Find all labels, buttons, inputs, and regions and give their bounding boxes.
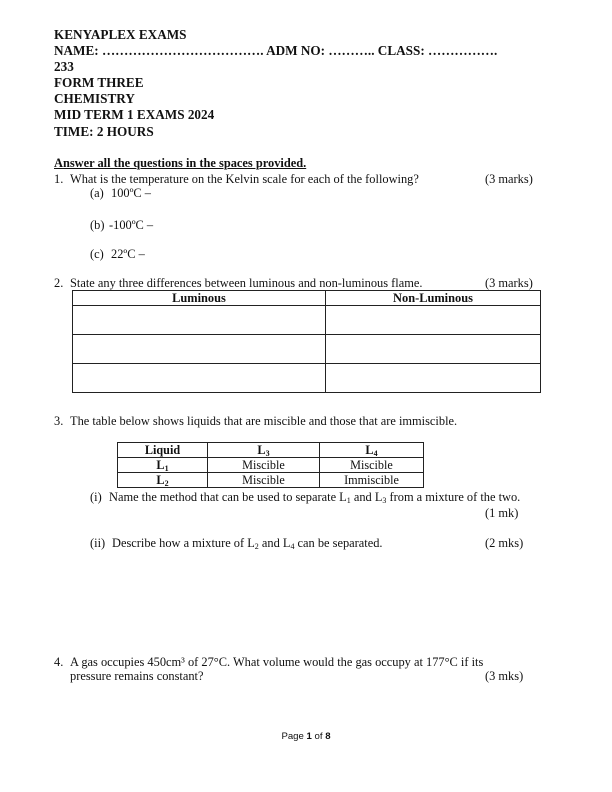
question-text-line-1: A gas occupies 450cm³ of 27°C. What volu… <box>70 655 483 669</box>
exam-duration: TIME: 2 HOURS <box>54 124 154 140</box>
page-number: Page 1 of 8 <box>0 731 612 742</box>
table-cell: Miscible <box>320 458 424 473</box>
row-header-l1: L1 <box>118 458 208 473</box>
instructions: Answer all the questions in the spaces p… <box>54 156 306 171</box>
answer-cell[interactable] <box>326 306 541 335</box>
subject-title: CHEMISTRY <box>54 91 135 107</box>
column-header-luminous: Luminous <box>73 291 326 306</box>
question-marks: (3 marks) <box>485 276 533 290</box>
answer-cell[interactable] <box>326 335 541 364</box>
row-header-l2: L2 <box>118 473 208 488</box>
part-marks: (1 mk) <box>485 506 518 520</box>
question-text: State any three differences between lumi… <box>70 276 422 290</box>
question-marks: (3 mks) <box>485 669 523 683</box>
question-marks: (3 marks) <box>485 172 533 186</box>
column-header-l4: L4 <box>320 443 424 458</box>
table-row <box>73 364 541 393</box>
table-row: L2 Miscible Immiscible <box>118 473 424 488</box>
table-cell: Miscible <box>208 473 320 488</box>
part-text: Name the method that can be used to sepa… <box>109 490 520 504</box>
part-label: (ii) <box>90 536 105 550</box>
flame-differences-table: Luminous Non-Luminous <box>72 290 541 393</box>
school-name: KENYAPLEX EXAMS <box>54 27 187 43</box>
answer-cell[interactable] <box>326 364 541 393</box>
miscibility-table: Liquid L3 L4 L1 Miscible Miscible L2 Mis… <box>117 442 424 488</box>
column-header-l3: L3 <box>208 443 320 458</box>
question-number: 2. <box>54 276 63 290</box>
paper-code: 233 <box>54 59 74 75</box>
part-marks: (2 mks) <box>485 536 523 550</box>
part-label: (a) <box>90 186 104 200</box>
answer-cell[interactable] <box>73 335 326 364</box>
part-label: (c) <box>90 247 104 261</box>
question-text: What is the temperature on the Kelvin sc… <box>70 172 419 186</box>
answer-cell[interactable] <box>73 364 326 393</box>
question-number: 3. <box>54 414 63 428</box>
part-label: (i) <box>90 490 102 504</box>
part-text: Describe how a mixture of L2 and L4 can … <box>112 536 383 550</box>
table-row: L1 Miscible Miscible <box>118 458 424 473</box>
question-number: 1. <box>54 172 63 186</box>
question-text-line-2: pressure remains constant? <box>70 669 204 683</box>
exam-title: MID TERM 1 EXAMS 2024 <box>54 107 214 123</box>
table-row <box>73 335 541 364</box>
table-cell: Immiscible <box>320 473 424 488</box>
table-cell: Miscible <box>208 458 320 473</box>
part-text: 100ºC – <box>111 186 151 200</box>
table-row <box>73 306 541 335</box>
answer-cell[interactable] <box>73 306 326 335</box>
part-label: (b) <box>90 218 104 232</box>
form-level: FORM THREE <box>54 75 144 91</box>
part-text: -100ºC – <box>109 218 153 232</box>
part-text: 22ºC – <box>111 247 145 261</box>
column-header-liquid: Liquid <box>118 443 208 458</box>
column-header-non-luminous: Non-Luminous <box>326 291 541 306</box>
question-text: The table below shows liquids that are m… <box>70 414 457 428</box>
student-details-line: NAME: ………………………………. ADM NO: ……….. CLASS:… <box>54 43 497 59</box>
question-number: 4. <box>54 655 63 669</box>
